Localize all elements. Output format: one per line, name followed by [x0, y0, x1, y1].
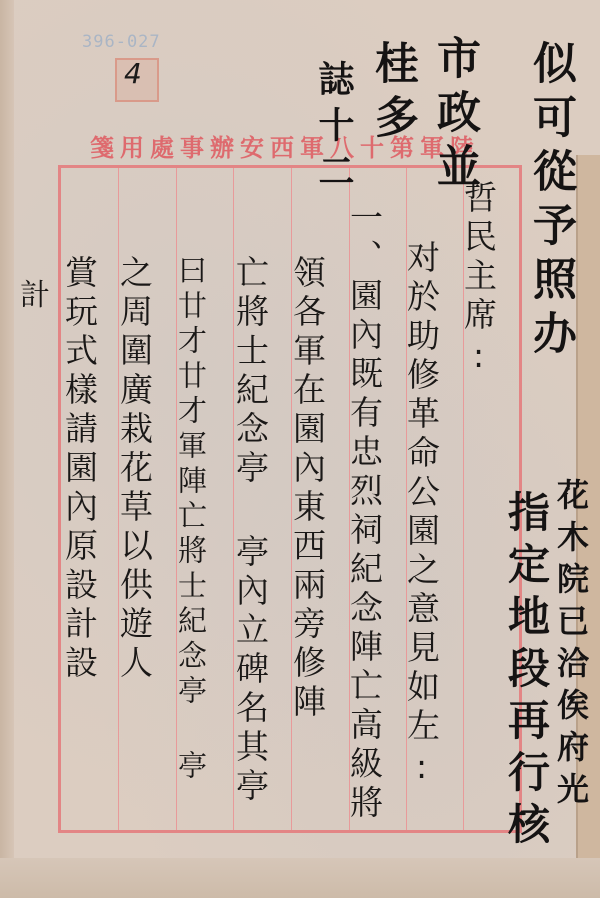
letter-salutation: 哲民主席: [462, 180, 495, 381]
letter-column-5: 曰廿才廿才軍陣亡將士紀念亭 亭 [176, 255, 205, 785]
page-number: 4 [124, 57, 142, 90]
annotation-right-margin-1: 花木院已洽俟府光 [555, 478, 587, 814]
document-page: 396-027 4 陸軍第十八軍西安辦事處用箋 哲民主席: 对於助修革命公園之意… [0, 0, 600, 898]
archive-number-stamp: 396-027 [82, 32, 161, 52]
annotation-top-middle-1: 市政並 [432, 35, 476, 197]
paper-bottom-edge [0, 858, 600, 898]
letter-column-3: 領各軍在園內東西兩旁修陣 [291, 255, 324, 723]
annotation-top-right: 似可從予照办 [528, 40, 572, 364]
annotation-top-middle-2: 桂多 [370, 40, 414, 148]
annotation-right-margin-2: 指定地段再行核 [505, 490, 547, 854]
annotation-top-middle-3: 誌十二 [315, 60, 351, 198]
letter-column-6: 之周圍廣栽花草以供遊人 [118, 255, 151, 684]
left-margin-note: 計 [20, 270, 50, 314]
paper-left-edge [0, 0, 14, 898]
letter-column-4: 亡將士紀念亭 亭內立碑名其亭 [234, 255, 267, 807]
letter-column-1: 对於助修革命公園之意見如左: [405, 240, 438, 792]
letter-column-2: 一、園內既有忠烈祠紀念陣亡高級將 [348, 200, 381, 824]
letter-column-7: 賞玩式樣請園內原設計設 [63, 255, 96, 684]
